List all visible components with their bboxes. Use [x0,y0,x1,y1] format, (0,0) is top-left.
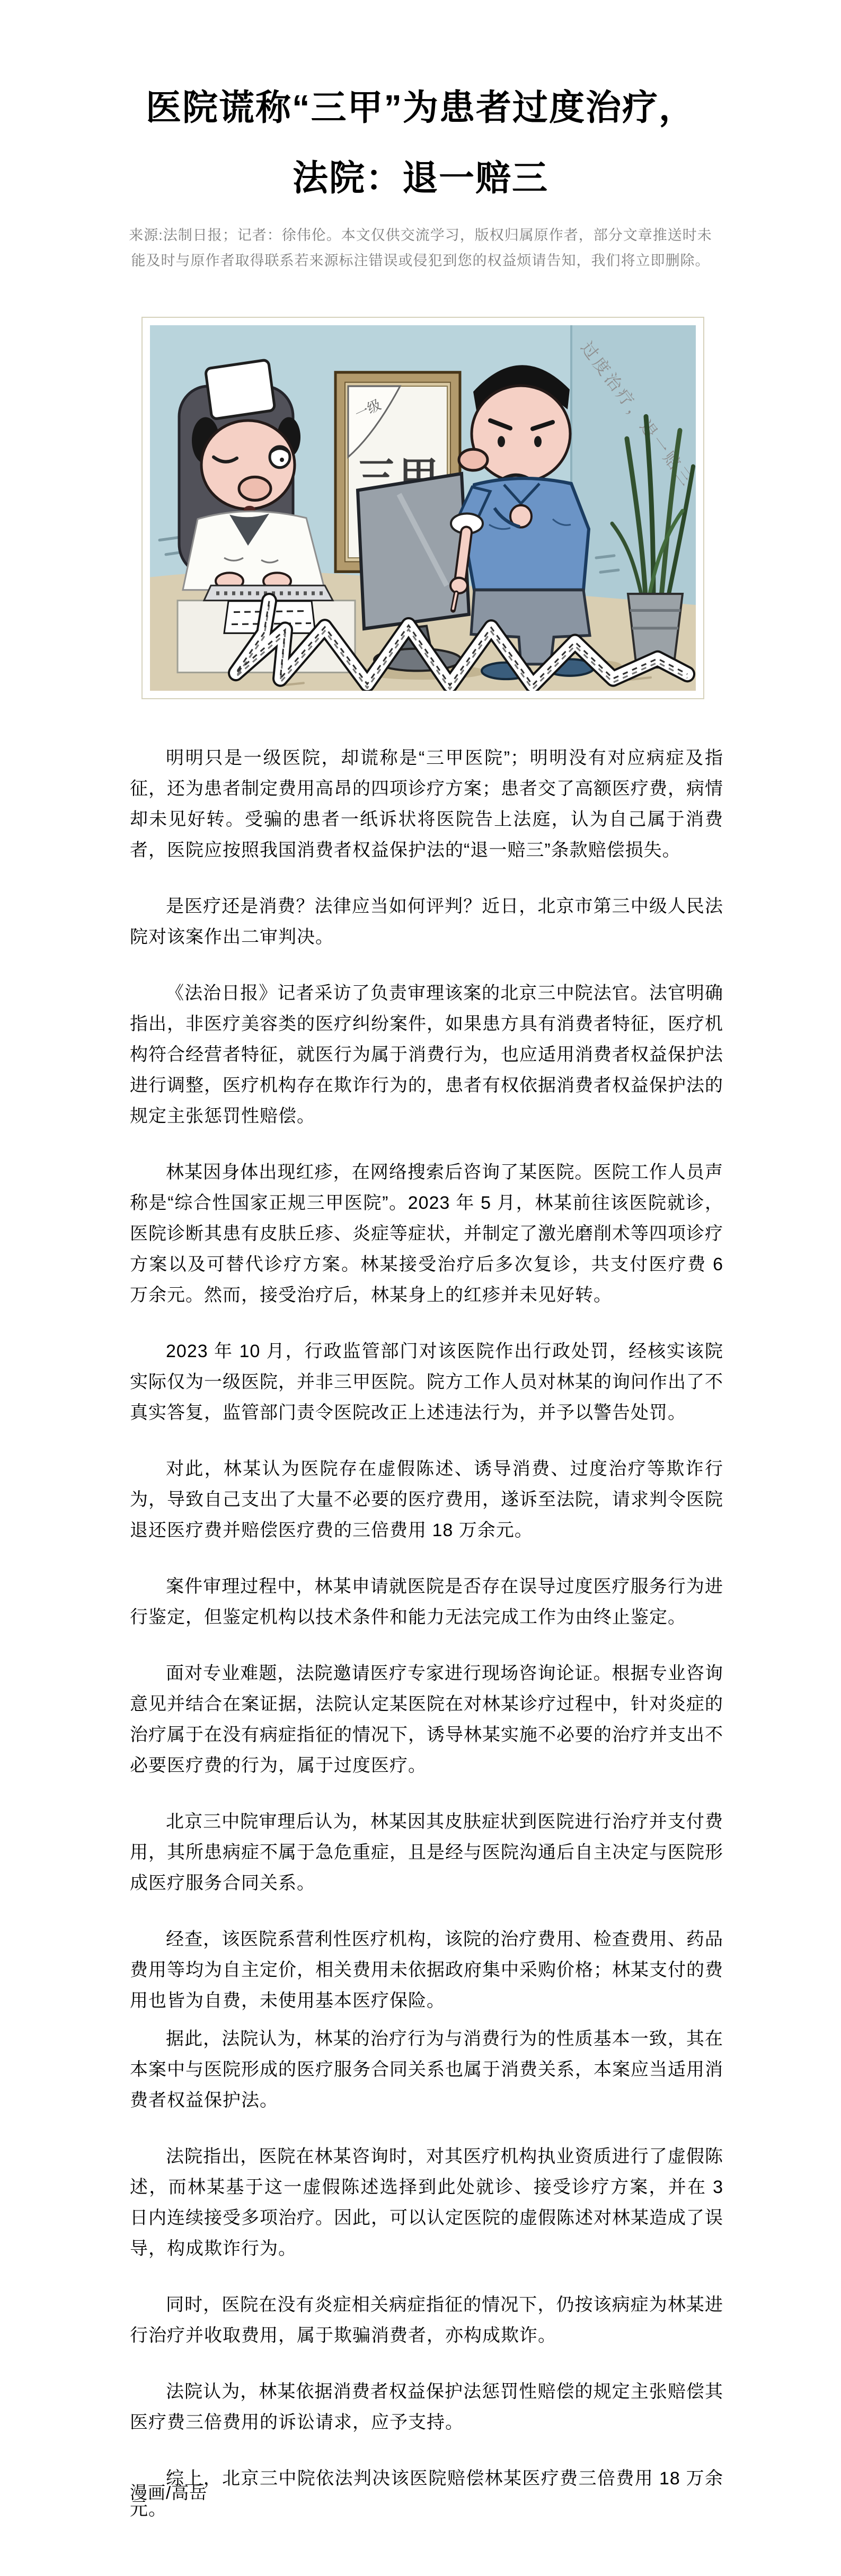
article-paragraph: 据此，法院认为，林某的治疗行为与消费行为的性质基本一致，其在本案中与医院形成的医… [130,2024,723,2116]
page-title-line-2: 法院：退一赔三 [0,150,841,201]
source-disclaimer-line-2: 能及时与原作者取得联系若来源标注错误或侵犯到您的权益烦请告知，我们将立即删除。 [0,248,841,273]
article-paragraph: 《法治日报》记者采访了负责审理该案的北京三中院法官。法官明确指出，非医疗美容类的… [130,978,723,1131]
article-paragraph: 综上，北京三中院依法判决该医院赔偿林某医疗费三倍费用 18 万余元。 [130,2463,723,2525]
page-title-line-1: 医院谎称“三甲”为患者过度治疗， [0,79,841,130]
article-paragraph: 林某因身体出现红疹，在网络搜索后咨询了某医院。医院工作人员声称是“综合性国家正规… [130,1157,723,1311]
article-paragraph: 是医疗还是消费？法律应当如何评判？近日，北京市第三中级人民法院对该案作出二审判决… [130,891,723,952]
article-paragraph: 法院认为，林某依据消费者权益保护法惩罚性赔偿的规定主张赔偿其医疗费三倍费用的诉讼… [130,2376,723,2438]
article-body: 明明只是一级医院，却谎称是“三甲医院”；明明没有对应病症及指征，还为患者制定费用… [130,743,723,2550]
article-paragraph: 法院指出，医院在林某咨询时，对其医疗机构执业资质进行了虚假陈述，而林某基于这一虚… [130,2141,723,2264]
article-paragraph: 案件审理过程中，林某申请就医院是否存在误导过度医疗服务行为进行鉴定，但鉴定机构以… [130,1571,723,1633]
doctor-nose [239,477,271,500]
article-paragraph: 同时，医院在没有炎症相关病症指征的情况下，仍按该病症为林某进行治疗并收取费用，属… [130,2289,723,2351]
article-paragraph: 面对专业难题，法院邀请医疗专家进行现场咨询论证。根据专业咨询意见并结合在案证据，… [130,1658,723,1781]
patient-face [472,386,570,482]
source-disclaimer-line-1: 来源:法制日报；记者：徐伟伦。本文仅供交流学习，版权归属原作者，部分文章推送时未 [0,222,841,248]
article-paragraph: 明明只是一级医院，却谎称是“三甲医院”；明明没有对应病症及指征，还为患者制定费用… [130,743,723,866]
cartoon-drawing: 过度治疗，退一赔三 三甲 一级 [150,325,696,691]
article-paragraph: 北京三中院审理后认为，林某因其皮肤症状到医院进行治疗并支付费用，其所患病症不属于… [130,1806,723,1898]
cartoon-credit: 漫画/高岳 [130,2479,207,2504]
article-paragraph: 2023 年 10 月，行政监管部门对该医院作出行政处罚，经核实该院实际仅为一级… [130,1336,723,1428]
article-paragraph: 经查，该医院系营利性医疗机构，该院的治疗费用、检查费用、药品费用等均为自主定价，… [130,1924,723,2016]
editorial-cartoon: 过度治疗，退一赔三 三甲 一级 [141,317,704,699]
nurse-cap [205,360,275,420]
patient-nose [459,449,488,470]
article-paragraph: 对此，林某认为医院存在虚假陈述、诱导消费、过度治疗等欺诈行为，导致自己支出了大量… [130,1454,723,1546]
